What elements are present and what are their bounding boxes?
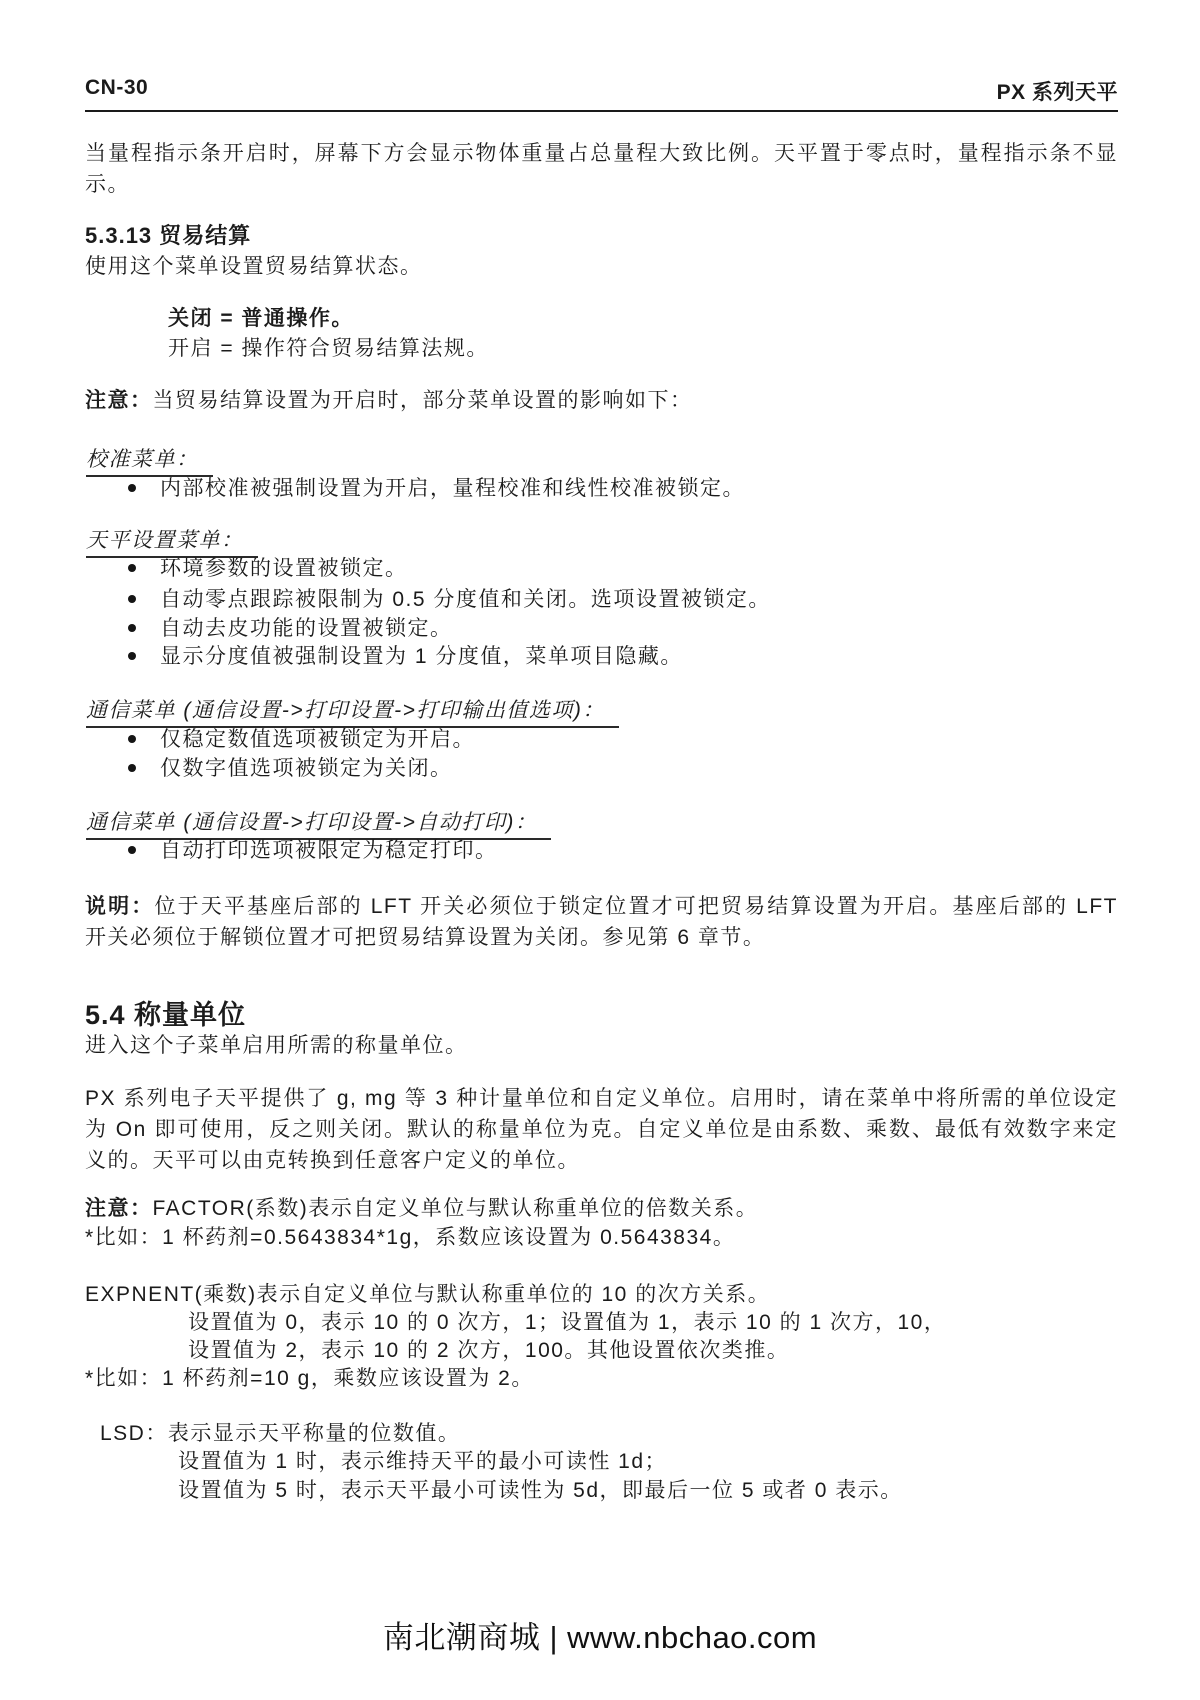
remark-text: 位于天平基座后部的 LFT 开关必须位于锁定位置才可把贸易结算设置为开启。基座后… <box>85 895 1118 949</box>
factor-note-text: FACTOR(系数)表示自定义单位与默认称重单位的倍数关系。 <box>153 1197 759 1220</box>
units-paragraph: PX 系列电子天平提供了 g, mg 等 3 种计量单位和自定义单位。启用时，请… <box>85 1083 1118 1176</box>
list-item-text: 仅数字值选项被锁定为关闭。 <box>160 753 1118 784</box>
list-item: 环境参数的设置被锁定。 <box>128 553 1118 584</box>
section-54-desc: 进入这个子菜单启用所需的称量单位。 <box>85 1030 468 1061</box>
remark-label: 说明： <box>85 895 154 918</box>
list-item: 仅数字值选项被锁定为关闭。 <box>128 753 1118 784</box>
bullet-icon <box>128 764 136 772</box>
bullet-icon <box>128 846 136 854</box>
section-title-54: 5.4 称量单位 <box>85 993 246 1032</box>
list-item: 仅稳定数值选项被锁定为开启。 <box>128 724 1118 755</box>
lsd-sub-line: 设置值为 1 时，表示维持天平的最小可读性 1d； <box>178 1446 667 1477</box>
comm-menu1-heading-text: 通信菜单 (通信设置->打印设置->打印输出值选项)： <box>86 694 619 728</box>
bullet-icon <box>128 564 136 572</box>
document-page: CN-30 PX 系列天平 当量程指示条开启时，屏幕下方会显示物体重量占总量程大… <box>0 0 1200 1700</box>
section-title-5313: 5.3.13 贸易结算 <box>85 219 251 250</box>
doc-title: PX 系列天平 <box>997 76 1118 106</box>
list-item-text: 自动零点跟踪被限制为 0.5 分度值和关闭。选项设置被锁定。 <box>160 584 1118 615</box>
bullet-icon <box>128 484 136 492</box>
bullet-icon <box>128 652 136 660</box>
page-number: CN-30 <box>85 76 148 100</box>
expnent-example-line: *比如：1 杯药剂=10 g，乘数应该设置为 2。 <box>85 1363 534 1394</box>
list-item-text: 内部校准被强制设置为开启，量程校准和线性校准被锁定。 <box>160 473 1118 504</box>
list-item: 内部校准被强制设置为开启，量程校准和线性校准被锁定。 <box>128 473 1118 504</box>
expnent-sub-line: 设置值为 2，表示 10 的 2 次方，100。其他设置依次类推。 <box>188 1335 789 1366</box>
comm-menu1-heading: 通信菜单 (通信设置->打印设置->打印输出值选项)： <box>86 694 619 728</box>
list-item-text: 仅稳定数值选项被锁定为开启。 <box>160 724 1118 755</box>
list-item-text: 显示分度值被强制设置为 1 分度值，菜单项目隐藏。 <box>160 641 1118 672</box>
factor-note-label: 注意： <box>85 1197 153 1220</box>
note-text: 当贸易结算设置为开启时，部分菜单设置的影响如下： <box>153 389 693 412</box>
list-item-text: 环境参数的设置被锁定。 <box>160 553 1118 584</box>
list-item: 显示分度值被强制设置为 1 分度值，菜单项目隐藏。 <box>128 641 1118 672</box>
lsd-line: LSD：表示显示天平称量的位数值。 <box>100 1418 460 1449</box>
factor-example-line: *比如：1 杯药剂=0.5643834*1g，系数应该设置为 0.5643834… <box>85 1222 735 1253</box>
footer-branding: 南北潮商城 | www.nbchao.com <box>0 1612 1200 1657</box>
lft-off-definition: 关闭 = 普通操作。 <box>168 303 354 334</box>
factor-note-line: 注意：FACTOR(系数)表示自定义单位与默认称重单位的倍数关系。 <box>85 1193 1118 1224</box>
bullet-icon <box>128 624 136 632</box>
bullet-icon <box>128 735 136 743</box>
list-item-text: 自动打印选项被限定为稳定打印。 <box>160 835 1118 866</box>
note-label: 注意： <box>85 389 153 412</box>
expnent-sub-line: 设置值为 0，表示 10 的 0 次方，1；设置值为 1，表示 10 的 1 次… <box>188 1307 946 1338</box>
calibration-menu-heading: 校准菜单： <box>86 443 213 477</box>
list-item: 自动去皮功能的设置被锁定。 <box>128 613 1118 644</box>
intro-paragraph: 当量程指示条开启时，屏幕下方会显示物体重量占总量程大致比例。天平置于零点时，量程… <box>85 138 1118 200</box>
list-item: 自动打印选项被限定为稳定打印。 <box>128 835 1118 866</box>
lft-on-definition: 开启 = 操作符合贸易结算法规。 <box>168 333 489 364</box>
expnent-line: EXPNENT(乘数)表示自定义单位与默认称重单位的 10 的次方关系。 <box>85 1279 770 1310</box>
list-item-text: 自动去皮功能的设置被锁定。 <box>160 613 1118 644</box>
bullet-icon <box>128 595 136 603</box>
remark-paragraph: 说明：位于天平基座后部的 LFT 开关必须位于锁定位置才可把贸易结算设置为开启。… <box>85 891 1118 953</box>
header-rule <box>85 110 1118 112</box>
calibration-menu-heading-text: 校准菜单： <box>86 443 213 477</box>
note-line: 注意：当贸易结算设置为开启时，部分菜单设置的影响如下： <box>85 385 1118 416</box>
lsd-sub-line: 设置值为 5 时，表示天平最小可读性为 5d，即最后一位 5 或者 0 表示。 <box>178 1475 903 1506</box>
list-item: 自动零点跟踪被限制为 0.5 分度值和关闭。选项设置被锁定。 <box>128 584 1118 615</box>
section-5313-desc: 使用这个菜单设置贸易结算状态。 <box>85 251 423 282</box>
